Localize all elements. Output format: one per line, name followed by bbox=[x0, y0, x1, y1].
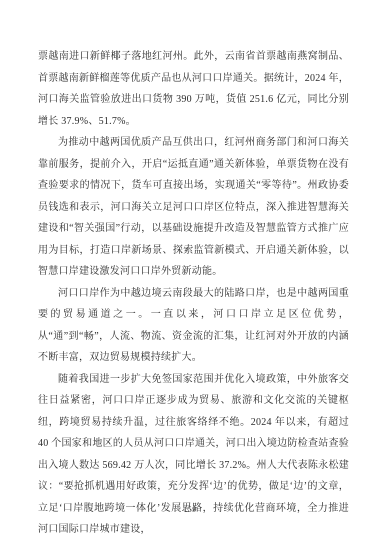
page-text-block: 票越南进口新鲜椰子落地红河州。此外，云南省首票越南燕窝制品、首票越南新鲜榴莲等优… bbox=[38, 46, 349, 537]
paragraph: 河口口岸作为中越边境云南段最大的陆路口岸，也是中越两国重要的贸易通道之一。一直以… bbox=[38, 283, 349, 369]
paragraph: 为推动中越两国优质产品互供出口，红河州商务部门和河口海关靠前服务，提前介入，开启… bbox=[38, 132, 349, 283]
page-footer: 159 bbox=[0, 499, 380, 517]
paragraph-continuation: 票越南进口新鲜椰子落地红河州。此外，云南省首票越南燕窝制品、首票越南新鲜榴莲等优… bbox=[38, 46, 349, 132]
page-number: 159 bbox=[183, 505, 197, 514]
document-page: 票越南进口新鲜椰子落地红河州。此外，云南省首票越南燕窝制品、首票越南新鲜榴莲等优… bbox=[0, 0, 380, 537]
